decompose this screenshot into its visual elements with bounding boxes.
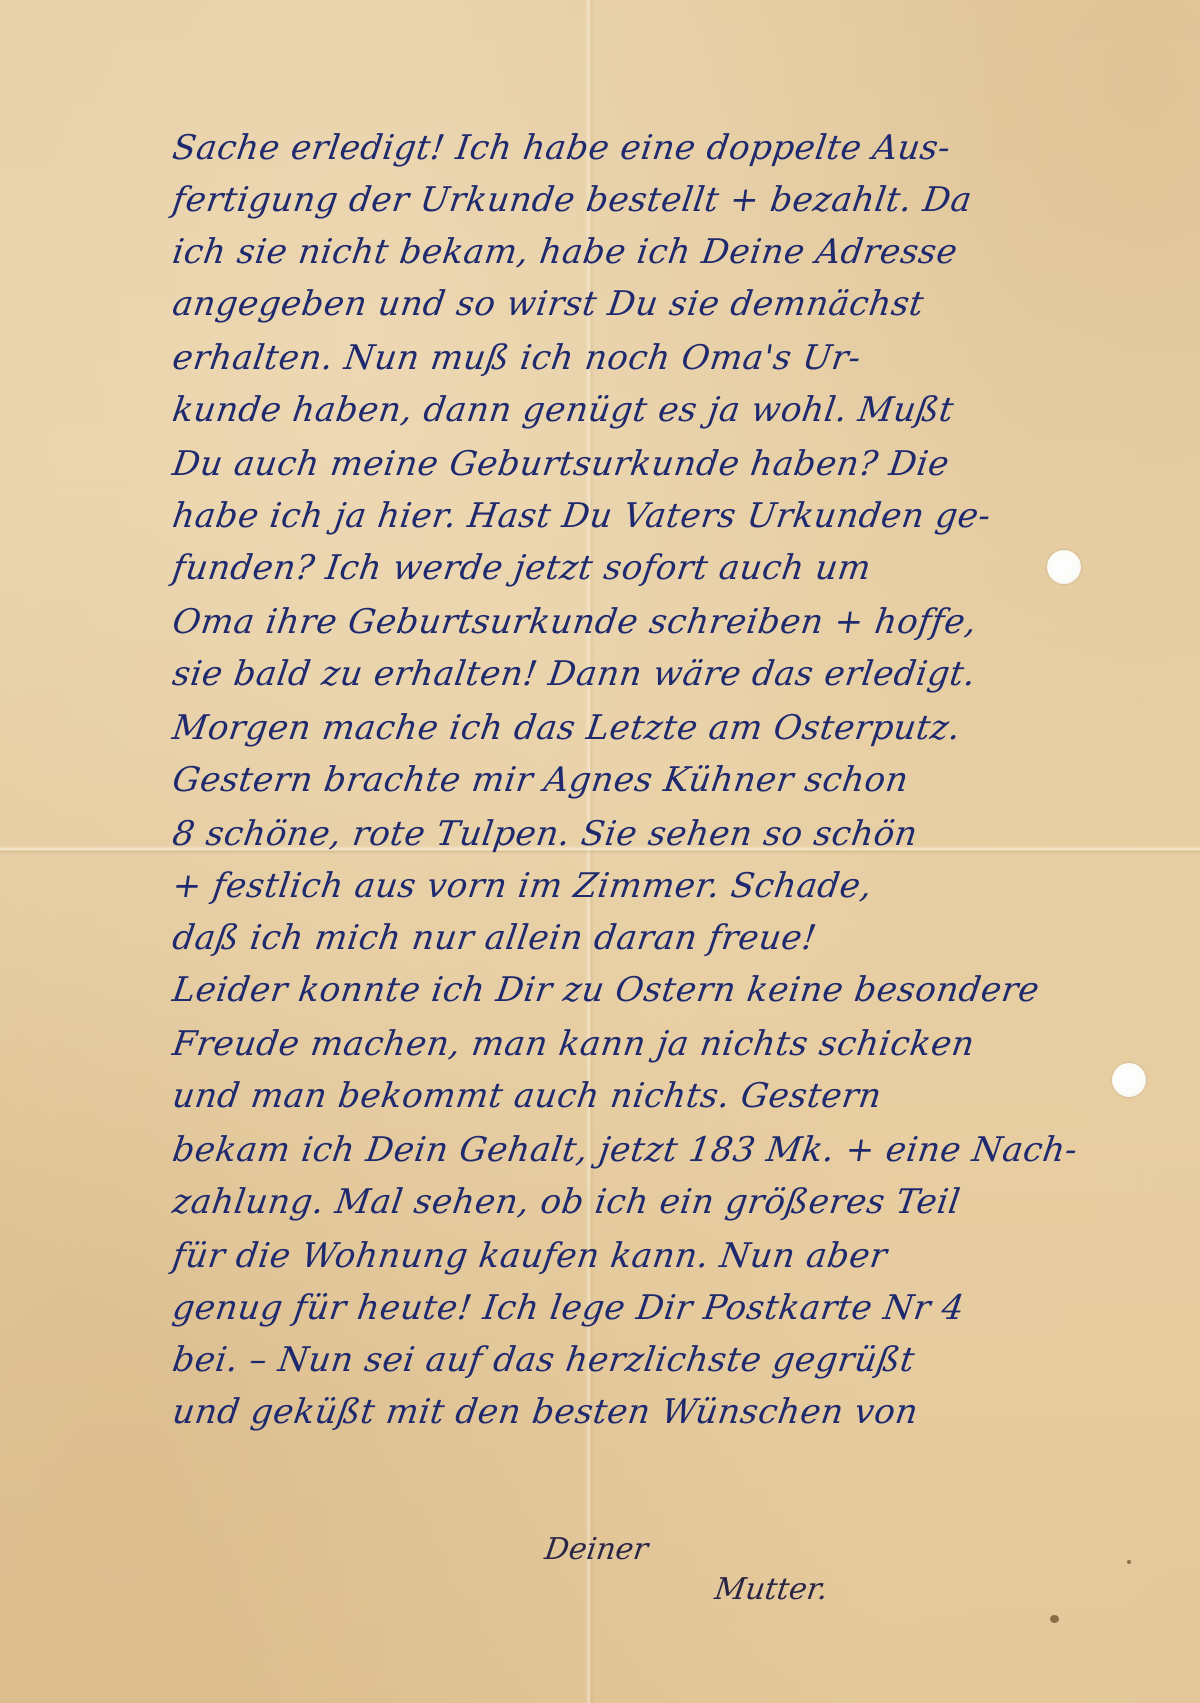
- ink-spot: [1050, 1615, 1059, 1623]
- letter-line: sie bald zu erhalten! Dann wäre das erle…: [170, 654, 978, 694]
- ink-spot-small: [1127, 1560, 1131, 1564]
- letter-line: zahlung. Mal sehen, ob ich ein größeres …: [170, 1182, 963, 1222]
- letter-line: Leider konnte ich Dir zu Ostern keine be…: [170, 970, 1042, 1010]
- letter-line: erhalten. Nun muß ich noch Oma's Ur-: [170, 338, 863, 378]
- letter-line: + festlich aus vorn im Zimmer. Schade,: [170, 866, 875, 906]
- punch-hole-bottom: [1112, 1063, 1146, 1097]
- letter-line: Oma ihre Geburtsurkunde schreiben + hoff…: [170, 602, 979, 642]
- closing-salutation: Deiner: [543, 1532, 651, 1567]
- punch-hole-top: [1047, 550, 1081, 584]
- letter-line: und geküßt mit den besten Wünschen von: [170, 1392, 921, 1432]
- letter-line: daß ich mich nur allein daran freue!: [170, 918, 819, 958]
- letter-line: Freude machen, man kann ja nichts schick…: [170, 1024, 977, 1064]
- letter-line: Sache erledigt! Ich habe eine doppelte A…: [170, 128, 953, 168]
- letter-line: für die Wohnung kaufen kann. Nun aber: [170, 1236, 890, 1276]
- letter-line: funden? Ich werde jetzt sofort auch um: [170, 548, 874, 588]
- letter-line: kunde haben, dann genügt es ja wohl. Muß…: [170, 390, 956, 430]
- signature: Mutter.: [713, 1572, 830, 1607]
- letter-line: angegeben und so wirst Du sie demnächst: [170, 284, 926, 324]
- letter-line: Du auch meine Geburtsurkunde haben? Die: [170, 444, 952, 484]
- letter-line: 8 schöne, rote Tulpen. Sie sehen so schö…: [170, 814, 920, 854]
- letter-line: Gestern brachte mir Agnes Kühner schon: [170, 760, 911, 800]
- letter-page: Sache erledigt! Ich habe eine doppelte A…: [0, 0, 1200, 1703]
- letter-line: genug für heute! Ich lege Dir Postkarte …: [170, 1288, 967, 1328]
- letter-line: ich sie nicht bekam, habe ich Deine Adre…: [170, 232, 960, 272]
- letter-line: Morgen mache ich das Letzte am Osterputz…: [170, 708, 963, 748]
- letter-line: habe ich ja hier. Hast Du Vaters Urkunde…: [170, 496, 993, 536]
- letter-line: fertigung der Urkunde bestellt + bezahlt…: [170, 180, 974, 220]
- letter-line: und man bekommt auch nichts. Gestern: [170, 1076, 884, 1116]
- letter-line: bei. – Nun sei auf das herzlichste gegrü…: [170, 1340, 917, 1380]
- letter-line: bekam ich Dein Gehalt, jetzt 183 Mk. + e…: [170, 1130, 1080, 1170]
